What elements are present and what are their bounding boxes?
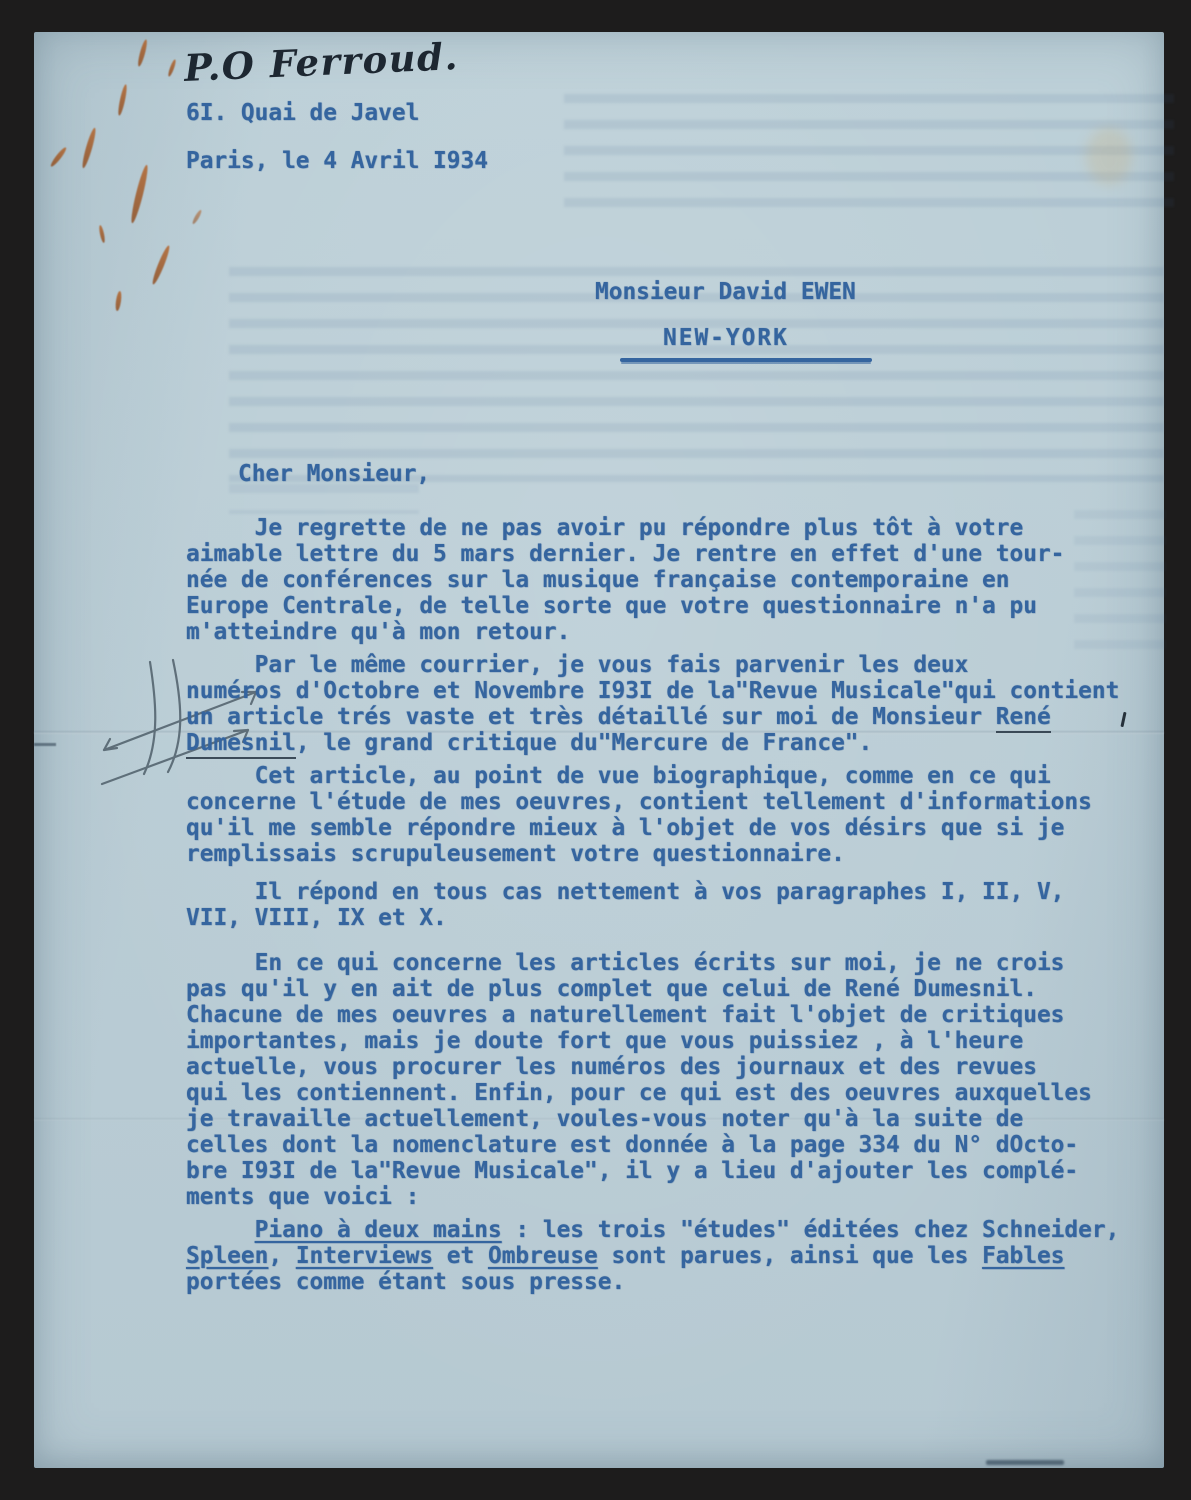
letter-scan-background: { "palette": { "background": "#1d1c1c", … [0, 0, 1191, 1500]
handwritten-tick-mark [1120, 712, 1126, 727]
text-segment: , le grand critique du"Mercure de France… [296, 730, 872, 756]
underlined-text: Spleen [186, 1243, 268, 1269]
text-segment: , [268, 1243, 295, 1269]
recipient-city-underline [620, 358, 872, 362]
bleedthrough-text-ghost [1074, 510, 1166, 660]
bleedthrough-text-ghost [564, 94, 1174, 224]
edge-crease-mark [34, 743, 56, 746]
paragraph: En ce qui concerne les articles écrits s… [186, 950, 1092, 1210]
text-segment: Par le même courrier, je vous fais parve… [186, 652, 1119, 730]
text-segment: Il répond en tous cas nettement à vos pa… [186, 879, 1064, 931]
underlined-text: Fables [982, 1243, 1064, 1269]
rust-stain [129, 164, 150, 224]
text-segment [186, 1217, 255, 1243]
handwritten-signature: P.O Ferroud. [183, 34, 459, 90]
underlined-text: René [996, 704, 1051, 733]
rust-stain [136, 39, 148, 67]
underlined-text: Dumesnil [186, 730, 296, 759]
text-segment: et [433, 1243, 488, 1269]
paragraph: Piano à deux mains : les trois "études" … [186, 1217, 1119, 1295]
paper-discoloration [1086, 127, 1132, 185]
rust-stain [98, 225, 106, 243]
dateline: Paris, le 4 Avril I934 [186, 148, 488, 174]
salutation: Cher Monsieur, [238, 461, 430, 487]
bleedthrough-text-ghost [229, 484, 419, 514]
text-segment: portées comme étant sous presse. [186, 1269, 625, 1295]
recipient-city: NEW-YORK [663, 325, 789, 351]
rust-stain [117, 84, 129, 116]
rust-stain [150, 244, 171, 285]
underlined-text: Interviews [296, 1243, 433, 1269]
rust-stain [167, 59, 177, 77]
text-segment: Cet article, au point de vue biographiqu… [186, 763, 1092, 867]
recipient-name: Monsieur David EWEN [595, 279, 856, 305]
sender-address: 6I. Quai de Javel [186, 100, 419, 126]
rust-stain [80, 127, 97, 169]
rust-stain [115, 291, 123, 312]
underlined-text: Ombreuse [488, 1243, 598, 1269]
paragraph: Je regrette de ne pas avoir pu répondre … [186, 515, 1064, 645]
rust-stain [49, 146, 68, 168]
ink-smudge [986, 1460, 1064, 1465]
paragraph: Cet article, au point de vue biographiqu… [186, 763, 1092, 867]
paragraph: Par le même courrier, je vous fais parve… [186, 652, 1119, 756]
underlined-text: Piano à deux mains [255, 1217, 502, 1243]
text-segment: En ce qui concerne les articles écrits s… [186, 950, 1092, 1210]
text-segment: : les trois "études" éditées chez Schnei… [502, 1217, 1120, 1243]
letter-paper: P.O Ferroud. 6I. Quai de Javel Paris, le… [34, 32, 1164, 1468]
text-segment: sont parues, ainsi que les [598, 1243, 982, 1269]
paragraph: Il répond en tous cas nettement à vos pa… [186, 879, 1064, 931]
rust-stain [191, 209, 202, 225]
text-segment: Je regrette de ne pas avoir pu répondre … [186, 515, 1064, 645]
